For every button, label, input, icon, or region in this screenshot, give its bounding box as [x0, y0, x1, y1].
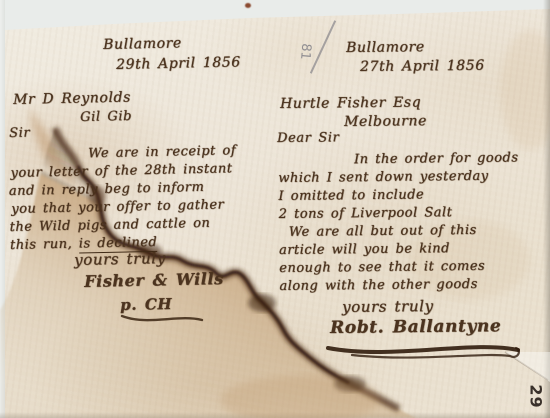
- archive-page-number: 29: [526, 384, 545, 408]
- left-letter-date: 29th April 1856: [116, 54, 241, 73]
- pencil-number: 81: [297, 43, 313, 61]
- left-letter-addressee: Mr D Reynolds: [13, 90, 131, 108]
- left-letter-salutation: Sir: [9, 126, 30, 141]
- left-signature-flourish: [118, 312, 208, 326]
- left-letter-addressee-place: Gil Gib: [80, 109, 132, 125]
- letter-photograph: 81 Bullamore 29th April 1856 Mr D Reynol…: [0, 0, 550, 418]
- right-letter-closing: yours truly: [342, 297, 434, 316]
- right-letter-addressee-place: Melbourne: [344, 113, 427, 130]
- letter-line: In the order for goods: [354, 149, 546, 169]
- right-letter-body: In the order for goods which I sent down…: [278, 149, 547, 296]
- right-letter-addressee: Hurtle Fisher Esq: [280, 95, 421, 112]
- left-letter-place: Bullamore: [103, 35, 182, 53]
- right-letter-date: 27th April 1856: [360, 58, 485, 75]
- letter-line: along with the other goods: [279, 275, 547, 296]
- right-letter-salutation: Dear Sir: [277, 130, 339, 146]
- right-letter-signature: Robt. Ballantyne: [330, 316, 501, 338]
- letter-line-text: this run,: [10, 237, 79, 253]
- left-letter-signature: Fisher & Wills: [84, 269, 224, 291]
- left-letter-closing: yours truly: [74, 249, 166, 269]
- right-letter-place: Bullamore: [346, 39, 425, 56]
- right-signature-flourish: [322, 340, 532, 362]
- left-letter-body: We are in receipt of your letter of the …: [8, 141, 278, 255]
